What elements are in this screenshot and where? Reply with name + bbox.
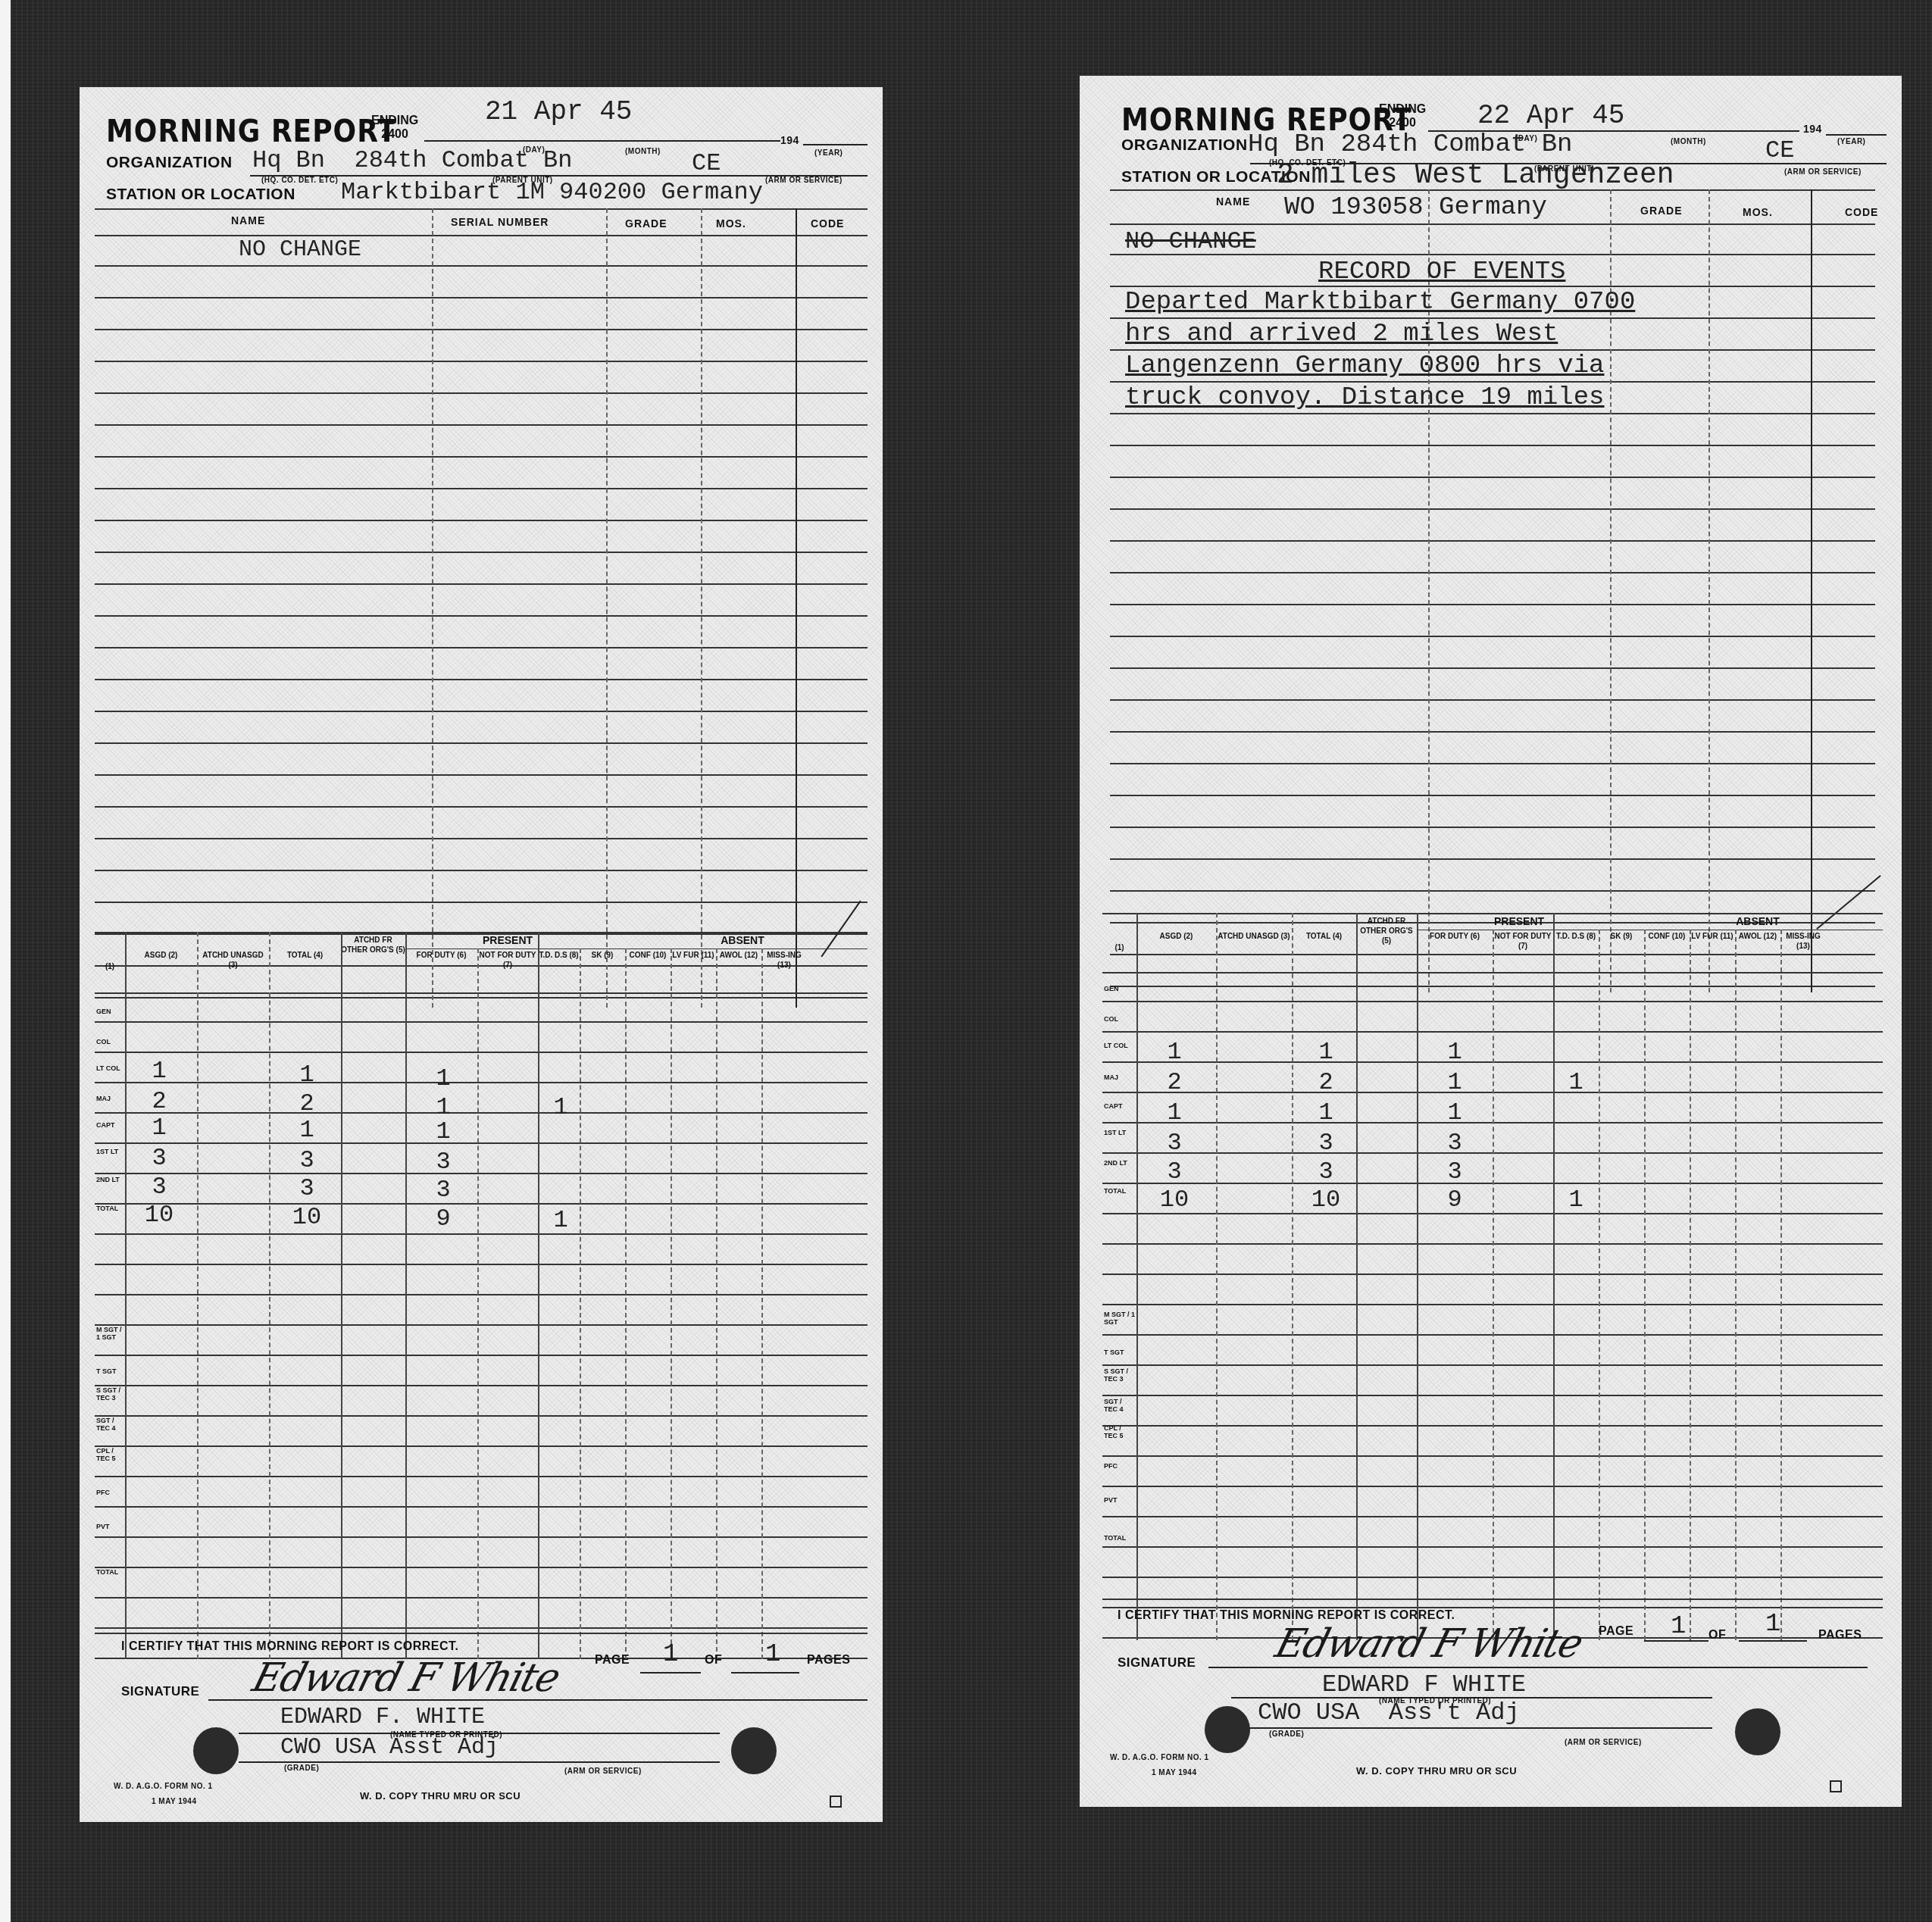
cell-for-duty: 9 [420, 1205, 466, 1233]
row-label: T SGT [1104, 1349, 1136, 1356]
cell-total: 1 [1303, 1099, 1349, 1127]
row-label: LT COL [96, 1064, 120, 1072]
morning-report-form-2: MORNING REPORT ENDING 2400 22 Apr 45 194… [1080, 76, 1902, 1807]
cell-tdds: 1 [1553, 1068, 1599, 1096]
cell-asgd: 3 [1152, 1129, 1197, 1157]
th-total: TOTAL (4) [269, 951, 341, 961]
row-label: 1ST LT [1104, 1129, 1126, 1136]
page-underline [1644, 1640, 1708, 1642]
report-date: 22 Apr 45 [1477, 100, 1624, 131]
form-date: 1 MAY 1944 [1152, 1769, 1197, 1777]
cell-asgd: 3 [136, 1144, 182, 1172]
th-not-for-duty: NOT FOR DUTY (7) [1493, 932, 1553, 952]
event-line: truck convoy. Distance 19 miles [1125, 382, 1605, 414]
th-total: TOTAL (4) [1292, 932, 1356, 942]
row-label: TOTAL [1104, 1187, 1126, 1195]
rule [95, 208, 868, 210]
absent-header: ABSENT [1633, 917, 1883, 927]
page-number: 1 [663, 1640, 678, 1669]
pages-label: PAGES [1818, 1629, 1862, 1642]
th-atchd-unasgd: ATCHD UNASGD (3) [1216, 932, 1292, 942]
code-column-divider [1811, 189, 1812, 992]
th-sk: SK (9) [1599, 932, 1644, 942]
row-label: TOTAL [96, 1568, 125, 1576]
row-label: TOTAL [1104, 1534, 1136, 1542]
year-label: (YEAR) [814, 149, 843, 158]
row-label: M SGT / 1 SGT [1104, 1311, 1136, 1326]
th-asgd: ASGD (2) [1136, 932, 1216, 942]
row-label: COL [96, 1038, 111, 1045]
col-line [1553, 913, 1555, 1640]
arm-label: (ARM OR SERVICE) [1565, 1739, 1642, 1747]
cell-for-duty: 3 [420, 1176, 466, 1204]
table-lines [95, 992, 868, 1659]
col-line [1599, 930, 1600, 1640]
rule [95, 932, 868, 933]
col-line [1136, 913, 1138, 1640]
punch-hole [1735, 1708, 1780, 1755]
ending-label: ENDING 2400 [1379, 103, 1426, 130]
cell-total: 3 [284, 1146, 330, 1174]
th-for-duty: FOR DUTY (6) [1417, 932, 1493, 942]
row-label: CPL / TEC 5 [96, 1447, 125, 1462]
cell-asgd: 1 [136, 1057, 182, 1085]
code-column-divider [796, 208, 797, 1008]
page-label: PAGE [1599, 1625, 1633, 1639]
cell-total: 1 [284, 1116, 330, 1144]
rule [1102, 1599, 1883, 1600]
row-label: PVT [96, 1523, 125, 1530]
th-conf: CONF (10) [625, 951, 671, 961]
col-line [269, 932, 270, 1659]
page-label: PAGE [595, 1654, 630, 1667]
mos-column-divider [701, 208, 702, 1008]
rule [1110, 189, 1875, 191]
cell-asgd: 10 [1152, 1186, 1197, 1214]
name-typed: EDWARD F. WHITE [280, 1705, 485, 1730]
th-atchd-unasgd: ATCHD UNASGD (3) [197, 951, 269, 970]
row-label: T SGT [96, 1367, 125, 1375]
serial-column-divider [432, 208, 433, 1008]
year-underline [803, 144, 868, 145]
station-value: Marktbibart 1M 940200 Germany [341, 178, 763, 206]
date-underline [424, 140, 780, 142]
form-number: W. D. A.G.O. FORM NO. 1 [114, 1783, 213, 1791]
col-line [341, 932, 342, 1659]
cell-asgd: 1 [1152, 1038, 1197, 1066]
col-serial: SERIAL NUMBER [451, 216, 549, 228]
rule [405, 948, 868, 949]
year-prefix: 194 [1803, 123, 1822, 135]
year-prefix: 194 [780, 134, 799, 146]
mos-column-divider [1708, 189, 1710, 992]
station-label: STATION OR LOCATION [106, 186, 295, 204]
cell-asgd: 3 [1152, 1158, 1197, 1186]
signature: Edward F White [248, 1655, 564, 1701]
col-mos: MOS. [716, 217, 746, 230]
of-label: OF [1708, 1629, 1726, 1642]
grade-column-divider [606, 208, 608, 1008]
station-value-continued: WO 193058 Germany [1284, 193, 1547, 222]
form-number: W. D. A.G.O. FORM NO. 1 [1110, 1754, 1209, 1762]
cell-for-duty: 9 [1432, 1186, 1477, 1214]
row-label: CAPT [96, 1121, 115, 1129]
col-line [197, 932, 199, 1659]
pages-underline [731, 1672, 799, 1674]
th-1: (1) [1102, 943, 1136, 953]
cell-total: 10 [1303, 1186, 1349, 1214]
pages-underline [1739, 1640, 1807, 1642]
col-code: CODE [811, 217, 844, 230]
col-line [1417, 913, 1418, 1640]
organization-value: Hq Bn 284th Combat Bn [252, 146, 572, 174]
row-label: PFC [1104, 1462, 1136, 1470]
corner-box-icon [830, 1795, 842, 1808]
row-label: SGT / TEC 4 [96, 1417, 125, 1432]
grade-value: CWO USA Asst Adj [280, 1735, 499, 1761]
grade-label: (GRADE) [1269, 1730, 1304, 1739]
strength-table: PRESENT ABSENT (1) ASGD (2) ATCHD UNASGD… [95, 932, 868, 1678]
row-label: 1ST LT [96, 1148, 118, 1155]
pages-label: PAGES [807, 1654, 850, 1667]
signature-underline [1208, 1667, 1868, 1668]
year-label: (YEAR) [1837, 138, 1865, 146]
th-asgd: ASGD (2) [125, 951, 197, 961]
signature-label: SIGNATURE [1118, 1655, 1196, 1670]
event-line: Departed Marktbibart Germany 0700 [1125, 286, 1635, 318]
col-name: NAME [231, 214, 265, 227]
th-awol: AWOL (12) [716, 951, 761, 961]
row-label: COL [1104, 1015, 1118, 1023]
rule [1417, 930, 1883, 930]
col-line [1735, 930, 1737, 1640]
th-missing: MISS-ING (13) [761, 951, 807, 970]
punch-hole [731, 1727, 777, 1774]
col-grade: GRADE [1640, 205, 1683, 217]
row-label: CPL / TEC 5 [1104, 1424, 1136, 1439]
absent-header: ABSENT [617, 936, 868, 945]
col-line [1216, 913, 1218, 1640]
entry-lines [95, 235, 868, 1019]
th-atchd-other: ATCHD FR OTHER ORG'S (5) [341, 936, 405, 955]
pages-number: 1 [1765, 1610, 1780, 1639]
row-label: LT COL [1104, 1042, 1128, 1049]
col-line [716, 948, 717, 1659]
present-header: PRESENT [1458, 917, 1580, 927]
row-label: SGT / TEC 4 [1104, 1398, 1136, 1413]
grade-underline [1231, 1727, 1712, 1729]
col-line [671, 948, 672, 1659]
signature: Edward F White [1271, 1621, 1587, 1667]
th-not-for-duty: NOT FOR DUTY (7) [477, 951, 538, 970]
col-line [1780, 930, 1782, 1640]
cell-for-duty: 1 [1432, 1068, 1477, 1096]
form-title: MORNING REPORT [106, 114, 397, 149]
cell-for-duty: 1 [420, 1117, 466, 1145]
cell-total: 10 [284, 1203, 330, 1231]
station-value: 2 miles West Langenzeen [1277, 159, 1674, 192]
cell-total: 3 [1303, 1158, 1349, 1186]
year-underline [1826, 134, 1887, 136]
arm-service-value: CE [1765, 136, 1794, 164]
cell-for-duty: 3 [420, 1148, 466, 1176]
col-name: NAME [1216, 195, 1250, 208]
cell-for-duty: 1 [1432, 1099, 1477, 1127]
cell-total: 1 [1303, 1038, 1349, 1066]
grade-value: CWO USA Ass't Adj [1258, 1699, 1520, 1727]
of-label: OF [705, 1654, 722, 1667]
corner-box-icon [1830, 1780, 1842, 1792]
grade-label: (GRADE) [284, 1764, 319, 1773]
cell-total: 3 [1303, 1129, 1349, 1157]
event-line: Langenzenn Germany 0800 hrs via [1125, 350, 1605, 382]
col-line [1690, 930, 1691, 1640]
cell-total: 2 [284, 1089, 330, 1117]
th-tdds: T.D. D.S (8) [1553, 932, 1599, 942]
th-for-duty: FOR DUTY (6) [405, 951, 477, 961]
col-code: CODE [1845, 206, 1878, 218]
cell-for-duty: 1 [420, 1064, 466, 1092]
punch-hole [193, 1727, 239, 1774]
th-atchd-other: ATCHD FR OTHER ORG'S (5) [1356, 917, 1417, 946]
th-sk: SK (9) [580, 951, 625, 961]
cell-asgd: 1 [1152, 1099, 1197, 1127]
month-label: (MONTH) [625, 148, 661, 156]
row-label: PFC [96, 1489, 125, 1496]
ending-time: 2400 [371, 128, 418, 142]
arm-service-label: (ARM OR SERVICE) [1784, 168, 1862, 177]
col-mos: MOS. [1743, 206, 1773, 218]
col-line [1493, 930, 1494, 1640]
present-header: PRESENT [447, 936, 568, 945]
cell-for-duty: 3 [1432, 1129, 1477, 1157]
organization-sub: (HQ. CO. DET. ETC) [261, 177, 338, 185]
morning-report-form-1: MORNING REPORT ENDING 2400 21 Apr 45 194… [80, 87, 883, 1822]
col-line [538, 932, 539, 1659]
cell-tdds: 1 [538, 1093, 583, 1121]
row-label: CAPT [1104, 1102, 1123, 1110]
cell-asgd: 2 [136, 1087, 182, 1115]
th-tdds: T.D. D.S (8) [538, 951, 580, 961]
ending-label: ENDING 2400 [371, 114, 418, 142]
cell-asgd: 2 [1152, 1068, 1197, 1096]
cell-for-duty: 1 [1432, 1038, 1477, 1066]
col-line [1356, 913, 1358, 1640]
row-label: GEN [96, 1008, 111, 1015]
cell-tdds: 1 [1553, 1186, 1599, 1214]
page-number: 1 [1671, 1612, 1686, 1641]
organization-label: ORGANIZATION [1121, 136, 1248, 155]
row-label: M SGT / 1 SGT [96, 1326, 125, 1341]
copy-note: W. D. COPY THRU MRU OR SCU [360, 1790, 521, 1802]
row-label: PVT [1104, 1496, 1136, 1504]
pages-number: 1 [765, 1640, 780, 1669]
cell-total: 3 [284, 1174, 330, 1202]
th-awol: AWOL (12) [1735, 932, 1780, 942]
arm-label: (ARM OR SERVICE) [564, 1767, 642, 1776]
event-line: hrs and arrived 2 miles West [1125, 318, 1558, 350]
record-of-events-heading: RECORD OF EVENTS [1318, 258, 1565, 286]
organization-value: Hq Bn 284th Combat Bn [1248, 130, 1572, 159]
col-line [125, 932, 127, 1659]
row-label: 2ND LT [1104, 1159, 1127, 1167]
ending-text: ENDING [1379, 103, 1426, 117]
col-line [477, 948, 479, 1659]
row-label: MAJ [96, 1095, 111, 1102]
th-1: (1) [95, 962, 125, 972]
cell-tdds: 1 [538, 1206, 583, 1234]
signature-label: SIGNATURE [121, 1684, 199, 1699]
cell-asgd: 1 [136, 1114, 182, 1142]
row-label: TOTAL [96, 1205, 118, 1212]
scan-edge [0, 0, 11, 1922]
punch-hole [1205, 1706, 1250, 1753]
page-underline [640, 1672, 701, 1674]
ending-text: ENDING [371, 114, 418, 128]
name-typed: EDWARD F WHITE [1322, 1670, 1526, 1699]
row-label: 2ND LT [96, 1176, 120, 1183]
th-conf: CONF (10) [1644, 932, 1690, 942]
strength-table: PRESENT ABSENT (1) ASGD (2) ATCHD UNASGD… [1102, 913, 1883, 1659]
arm-service-label: (ARM OR SERVICE) [765, 177, 843, 185]
signature-underline [208, 1699, 868, 1701]
month-label: (MONTH) [1671, 138, 1706, 146]
cell-for-duty: 3 [1432, 1158, 1477, 1186]
row-label: GEN [1104, 985, 1119, 992]
ending-time: 2400 [1379, 117, 1426, 130]
rule [95, 1633, 868, 1634]
report-date: 21 Apr 45 [485, 96, 632, 127]
row-label: S SGT / TEC 3 [96, 1386, 125, 1402]
col-grade: GRADE [625, 217, 667, 230]
grade-underline [239, 1761, 720, 1763]
col-line [625, 948, 627, 1659]
certify-text: I CERTIFY THAT THIS MORNING REPORT IS CO… [121, 1640, 459, 1654]
cell-asgd: 10 [136, 1201, 182, 1229]
th-lv-fur: LV FUR (11) [671, 951, 716, 961]
row-label: MAJ [1104, 1074, 1118, 1081]
cell-asgd: 3 [136, 1173, 182, 1201]
form-date: 1 MAY 1944 [152, 1798, 197, 1806]
th-missing: MISS-ING (13) [1780, 932, 1826, 952]
col-line [761, 948, 763, 1659]
cell-total: 1 [284, 1061, 330, 1089]
col-line [1292, 913, 1293, 1640]
arm-service-value: CE [692, 149, 721, 177]
cell-total: 2 [1303, 1068, 1349, 1096]
rule [1102, 913, 1883, 914]
col-line [580, 948, 581, 1659]
copy-note: W. D. COPY THRU MRU OR SCU [1356, 1765, 1517, 1777]
th-lv-fur: LV FUR (11) [1690, 932, 1735, 942]
row-label: S SGT / TEC 3 [1104, 1367, 1136, 1383]
col-line [1644, 930, 1646, 1640]
organization-label: ORGANIZATION [106, 154, 233, 172]
col-line [405, 932, 407, 1659]
